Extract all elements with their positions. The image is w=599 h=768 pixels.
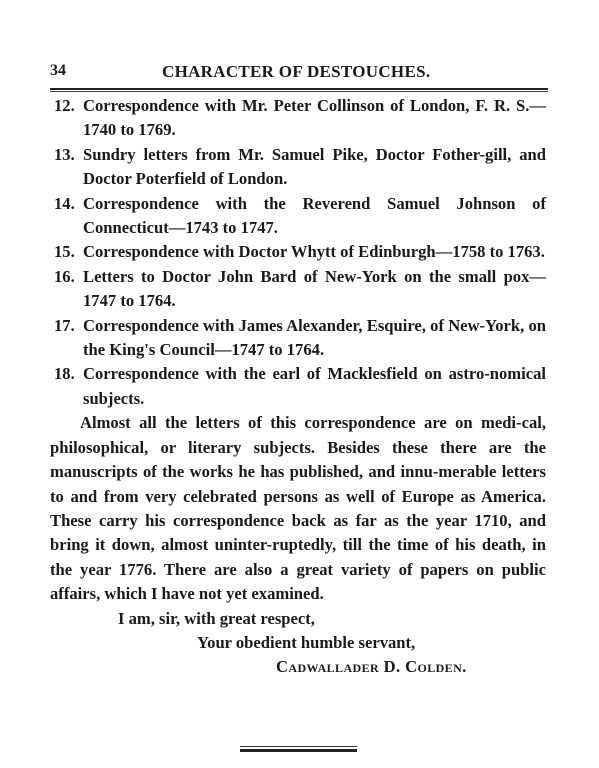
footer-rule	[240, 746, 357, 752]
item-text: Letters to Doctor John Bard of New-York …	[83, 267, 546, 310]
item-number: 13.	[54, 143, 83, 167]
list-item: 13.Sundry letters from Mr. Samuel Pike, …	[54, 143, 546, 192]
closing-line: I am, sir, with great respect,	[50, 607, 546, 631]
page-number: 34	[50, 62, 66, 80]
list-item: 18.Correspondence with the earl of Mackl…	[54, 362, 546, 411]
item-text: Correspondence with Doctor Whytt of Edin…	[83, 242, 545, 261]
item-number: 14.	[54, 192, 83, 216]
list-item: 12.Correspondence with Mr. Peter Collins…	[54, 94, 546, 143]
page-header: 34 CHARACTER OF DESTOUCHES.	[50, 62, 550, 84]
closing-salutation: Your obedient humble servant,	[50, 631, 546, 655]
list-item: 16.Letters to Doctor John Bard of New-Yo…	[54, 265, 546, 314]
item-text: Correspondence with James Alexander, Esq…	[83, 316, 546, 359]
item-text: Sundry letters from Mr. Samuel Pike, Doc…	[83, 145, 546, 188]
item-text: Correspondence with the earl of Macklesf…	[83, 364, 546, 407]
header-rule	[50, 88, 548, 92]
item-number: 17.	[54, 314, 83, 338]
body-paragraph: Almost all the letters of this correspon…	[50, 411, 546, 606]
signature: Cadwallader D. Colden.	[50, 655, 546, 679]
item-number: 16.	[54, 265, 83, 289]
list-item: 14.Correspondence with the Reverend Samu…	[54, 192, 546, 241]
list-item: 17.Correspondence with James Alexander, …	[54, 314, 546, 363]
item-number: 12.	[54, 94, 83, 118]
item-text: Correspondence with the Reverend Samuel …	[83, 194, 546, 237]
list-item: 15.Correspondence with Doctor Whytt of E…	[54, 240, 546, 264]
item-number: 18.	[54, 362, 83, 386]
item-number: 15.	[54, 240, 83, 264]
item-text: Correspondence with Mr. Peter Collinson …	[83, 96, 546, 139]
page-body: 12.Correspondence with Mr. Peter Collins…	[50, 94, 546, 680]
running-title: CHARACTER OF DESTOUCHES.	[162, 62, 430, 82]
